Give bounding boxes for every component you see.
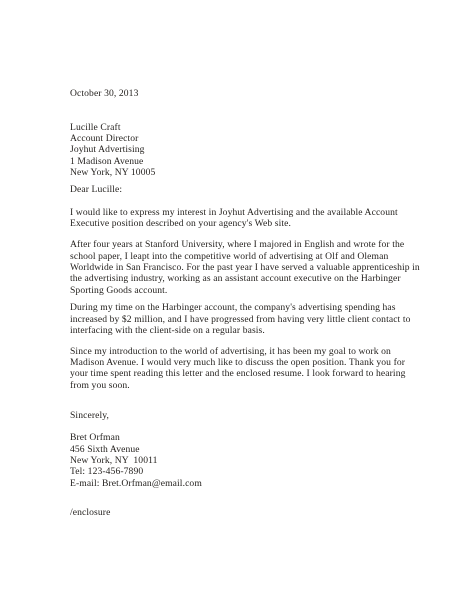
salutation: Dear Lucille:: [70, 184, 444, 195]
letter-content: October 30, 2013 Lucille Craft Account D…: [70, 88, 444, 518]
recipient-company: Joyhut Advertising: [70, 144, 444, 155]
sender-city: New York, NY 10011: [70, 455, 444, 466]
recipient-name: Lucille Craft: [70, 122, 444, 133]
letter-paragraph-2: After four years at Stanford University,…: [70, 239, 444, 295]
letter-date: October 30, 2013: [70, 88, 444, 99]
letter-paragraph-1: I would like to express my interest in J…: [70, 207, 444, 230]
recipient-street: 1 Madison Avenue: [70, 156, 444, 167]
sender-tel: Tel: 123-456-7890: [70, 466, 444, 477]
letter-paragraph-4: Since my introduction to the world of ad…: [70, 346, 444, 391]
sender-email: E-mail: Bret.Orfman@email.com: [70, 478, 444, 489]
sender-name: Bret Orfman: [70, 432, 444, 443]
recipient-title: Account Director: [70, 133, 444, 144]
enclosure-note: /enclosure: [70, 507, 444, 518]
sender-signature-block: Bret Orfman 456 Sixth Avenue New York, N…: [70, 432, 444, 488]
sender-street: 456 Sixth Avenue: [70, 444, 444, 455]
recipient-city: New York, NY 10005: [70, 167, 444, 178]
closing: Sincerely,: [70, 410, 444, 421]
recipient-address-block: Lucille Craft Account Director Joyhut Ad…: [70, 122, 444, 178]
letter-page: October 30, 2013 Lucille Craft Account D…: [0, 0, 474, 613]
letter-paragraph-3: During my time on the Harbinger account,…: [70, 302, 444, 336]
